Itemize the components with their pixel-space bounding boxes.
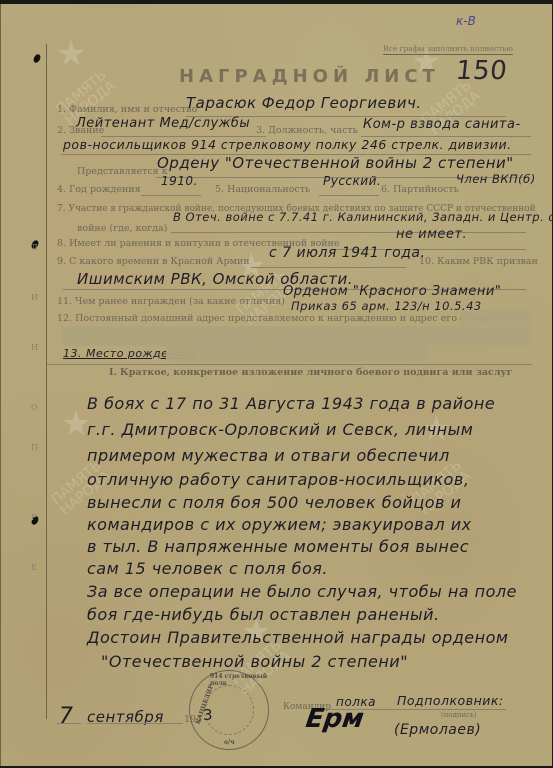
field-label-name: 1. Фамилия, имя и отчество: [57, 104, 197, 115]
commander-rank: Подполковник:: [397, 693, 504, 708]
signature-hint: (подпись): [441, 711, 477, 719]
field-value-presented: Ордену "Отечественной войны 2 степени": [157, 154, 514, 172]
summary-line: "Отечественной войны 2 степени": [101, 652, 408, 671]
summary-line: В боях с 17 по 31 Августа 1943 года в ра…: [87, 394, 495, 413]
summary-line: Достоин Правительственной награды ордено…: [87, 628, 508, 647]
field-value-wounds: не имеет.: [396, 227, 467, 242]
field-label-birth-year: 4. Год рождения: [57, 184, 141, 195]
redacted-block: [61, 326, 531, 346]
rule: [47, 364, 532, 365]
spine-letter: И: [31, 294, 38, 302]
field-label-prior-awards: 11. Чем ранее награжден (за какие отличи…: [57, 296, 285, 307]
field-value-rank: Лейтенант Мед/службы: [76, 116, 250, 131]
summary-line: примером мужества и отваги обеспечил: [87, 446, 450, 465]
field-label-address: 12. Постоянный домашний адрес представля…: [57, 313, 490, 324]
summary-heading: I. Краткое, конкретное изложение личного…: [109, 367, 512, 378]
page-title: НАГРАДНОЙ ЛИСТ: [179, 66, 440, 87]
summary-line: За все операции не было случая, чтобы на…: [87, 582, 517, 601]
field-value-nationality: Русский.: [323, 174, 381, 188]
corner-number: 150: [454, 56, 508, 86]
field-label-nationality: 5. Национальность: [215, 184, 310, 195]
signer-name: (Ермолаев): [394, 722, 481, 738]
redacted-block: [461, 310, 531, 325]
corner-note: к-В: [456, 14, 476, 28]
watermark-star-icon: ★: [56, 34, 86, 74]
redacted-block: [166, 346, 428, 362]
field-value-name: Тарасюк Федор Георгиевич.: [186, 94, 422, 112]
award-sheet: Л И Н О П Р Е ★ ПАМЯТЬНАРОДА ★ ПАМЯТЬНАР…: [0, 4, 552, 766]
rule: [87, 723, 183, 724]
instruction-text: Все графы заполнять полностью: [383, 44, 513, 55]
spine-letter: Л: [31, 244, 38, 252]
summary-line: отличную работу санитаров-носильщиков,: [87, 470, 469, 489]
field-label-rvk: 10. Каким РВК призван: [419, 256, 538, 267]
summary-line: г.г. Дмитровск-Орловский и Севск, личным: [87, 420, 473, 439]
punch-hole: [32, 53, 42, 64]
spine-letter: Р: [31, 514, 36, 522]
date-day: 7: [59, 704, 74, 729]
rule: [251, 267, 406, 268]
field-label-position: 3. Должность, часть: [256, 125, 358, 136]
field-label-party: 6. Партийность: [381, 184, 459, 195]
field-value-birth-year: 1910.: [161, 174, 198, 188]
spine-letter: П: [31, 444, 38, 452]
field-value-party: Член ВКП(б): [456, 172, 536, 186]
summary-line: боя где-нибудь был оставлен раненый.: [87, 605, 440, 624]
field-value-position-cont: ров-носильщиков 914 стрелковому полку 24…: [63, 137, 512, 152]
stamp-text: 914 стрелковый полк: [210, 673, 268, 687]
field-value-war-participation: В Отеч. войне с 7.7.41 г. Калининский, З…: [173, 210, 553, 224]
field-value-position: Ком-р взвода санита-: [363, 117, 521, 132]
field-label-war-participation-cont: войне (где, когда): [77, 223, 167, 234]
field-value-prior-awards: Орденом "Красного Знамени": [283, 284, 501, 299]
spine-letter: Н: [31, 344, 38, 352]
rule: [57, 723, 81, 724]
stamp-text: о/ч: [224, 739, 235, 746]
signature: Ерм: [304, 704, 366, 734]
summary-line: командиров с их оружием; эвакуировал их: [87, 515, 472, 534]
rule: [171, 232, 526, 233]
summary-line: в тыл. В напряженные моменты боя вынес: [87, 537, 469, 556]
summary-line: сам 15 человек с поля боя.: [87, 559, 328, 578]
regiment-stamp: 914 стрелковый полк КАНЦЕЛЯР о/ч: [189, 670, 269, 750]
field-label-army-since: 9. С какого времени в Красной Армии: [57, 256, 250, 267]
rule: [319, 195, 379, 196]
spine-letter: Е: [31, 564, 37, 572]
field-value-prior-awards-cont: Приказ 65 арм. 123/н 10.5.43: [291, 299, 482, 313]
spine-letter: О: [31, 404, 38, 412]
margin-line: [46, 44, 47, 719]
field-value-army-since: с 7 июля 1941 года.: [269, 245, 425, 261]
summary-line: вынесли с поля боя 500 человек бойцов и: [87, 493, 461, 512]
rule: [141, 195, 201, 196]
field-label-presented: Представляется к: [77, 166, 168, 177]
